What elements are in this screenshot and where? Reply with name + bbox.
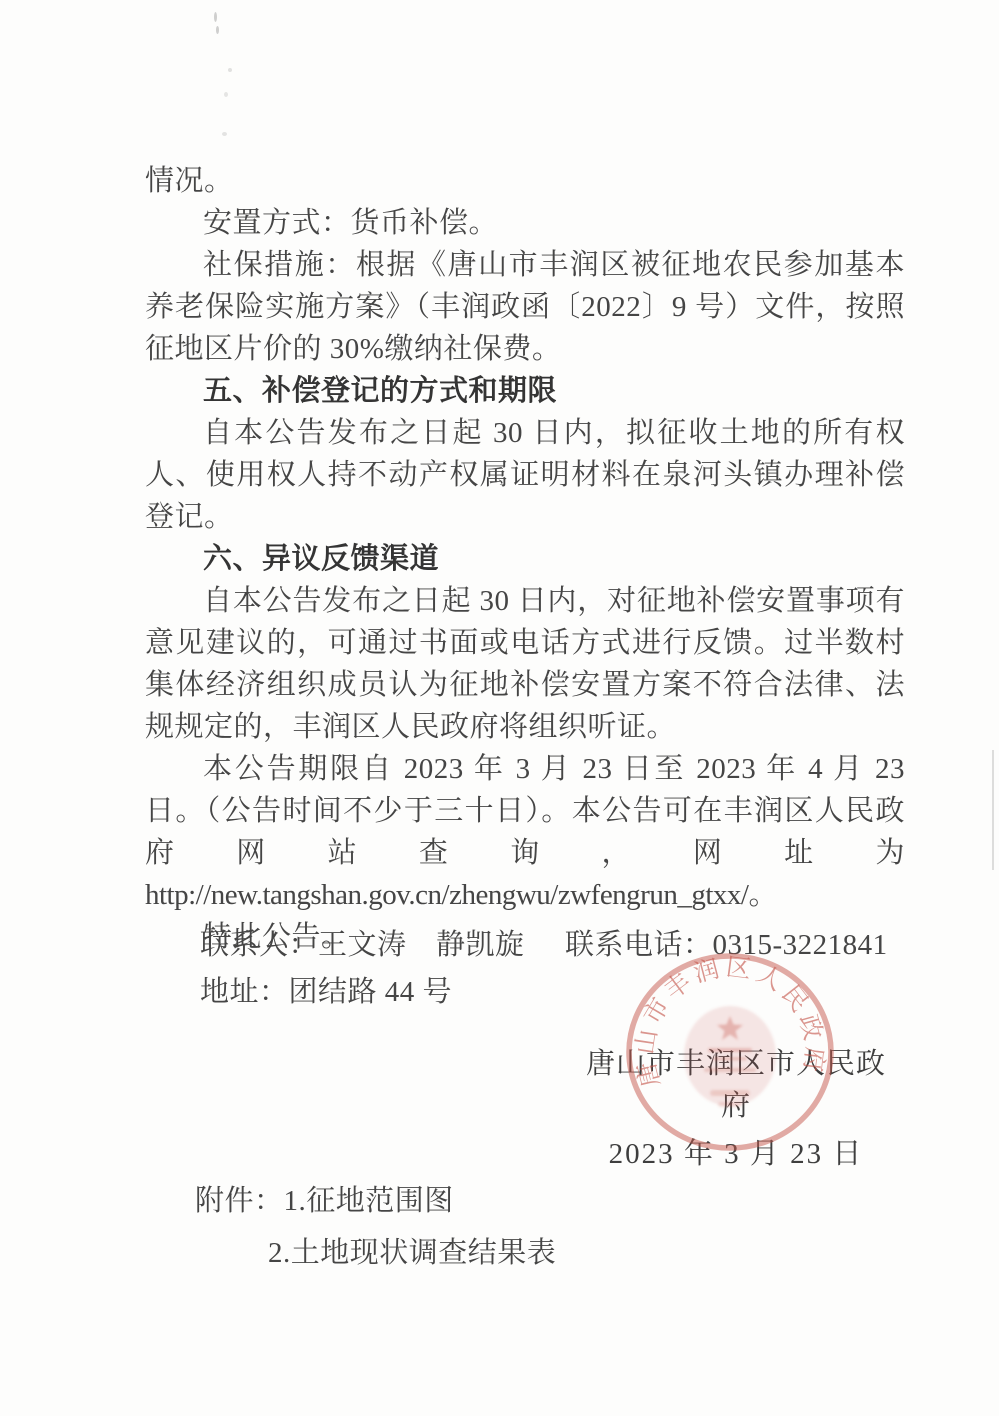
heading-section-6: 六、异议反馈渠道 — [145, 538, 905, 580]
contact-block: 联系人：王文涛 静凯旋 联系电话：0315-3221841 地址：团结路 44 … — [145, 922, 905, 1016]
paragraph-notice-period: 本公告期限自 2023 年 3 月 23 日至 2023 年 4 月 23 日。… — [145, 748, 905, 916]
attachment-item-2: 2.土地现状调查结果表 — [268, 1237, 556, 1269]
paragraph-settlement-method: 安置方式：货币补偿。 — [145, 202, 905, 244]
contact-phone: 联系电话：0315-3221841 — [565, 922, 888, 969]
scan-speck — [224, 92, 228, 97]
signature-block: 唐山市丰润区市人民政府 2023 年 3 月 23 日 — [583, 1043, 889, 1175]
contact-person: 联系人：王文涛 静凯旋 — [200, 929, 525, 961]
paragraph-feedback: 自本公告发布之日起 30 日内，对征地补偿安置事项有意见建议的，可通过书面或电话… — [145, 580, 905, 748]
notice-period-text: 本公告期限自 2023 年 3 月 23 日至 2023 年 4 月 23 日。… — [145, 753, 905, 869]
contact-row-1: 联系人：王文涛 静凯旋 联系电话：0315-3221841 — [145, 922, 905, 969]
contact-row-2: 地址：团结路 44 号 — [145, 969, 905, 1016]
scan-speck — [222, 132, 227, 136]
notice-body: 情况。 安置方式：货币补偿。 社保措施：根据《唐山市丰润区被征地农民参加基本养老… — [145, 160, 905, 958]
gov-website-url: http://new.tangshan.gov.cn/zhengwu/zwfen… — [145, 879, 777, 911]
attachment-line-1: 附件：1.征地范围图 — [145, 1175, 845, 1227]
scan-speck — [214, 12, 217, 22]
attachments-block: 附件：1.征地范围图 2.土地现状调查结果表 — [145, 1175, 845, 1279]
paragraph-registration: 自本公告发布之日起 30 日内，拟征收土地的所有权人、使用权人持不动产权属证明材… — [145, 412, 905, 538]
scan-edge-artifact — [992, 750, 994, 870]
attachment-line-2: 2.土地现状调查结果表 — [145, 1227, 845, 1279]
signature-organization: 唐山市丰润区市人民政府 — [583, 1043, 889, 1127]
paragraph-continuation: 情况。 — [145, 160, 905, 202]
heading-section-5: 五、补偿登记的方式和期限 — [145, 370, 905, 412]
contact-address: 地址：团结路 44 号 — [200, 976, 452, 1008]
scanned-notice-page: 情况。 安置方式：货币补偿。 社保措施：根据《唐山市丰润区被征地农民参加基本养老… — [0, 0, 999, 1416]
paragraph-social-security: 社保措施：根据《唐山市丰润区被征地农民参加基本养老保险实施方案》（丰润政函〔20… — [145, 244, 905, 370]
attachment-item-1: 1.征地范围图 — [284, 1185, 454, 1217]
scan-speck — [228, 68, 232, 72]
attachments-label: 附件： — [195, 1185, 284, 1217]
scan-speck — [216, 26, 219, 34]
signature-date: 2023 年 3 月 23 日 — [583, 1133, 889, 1175]
